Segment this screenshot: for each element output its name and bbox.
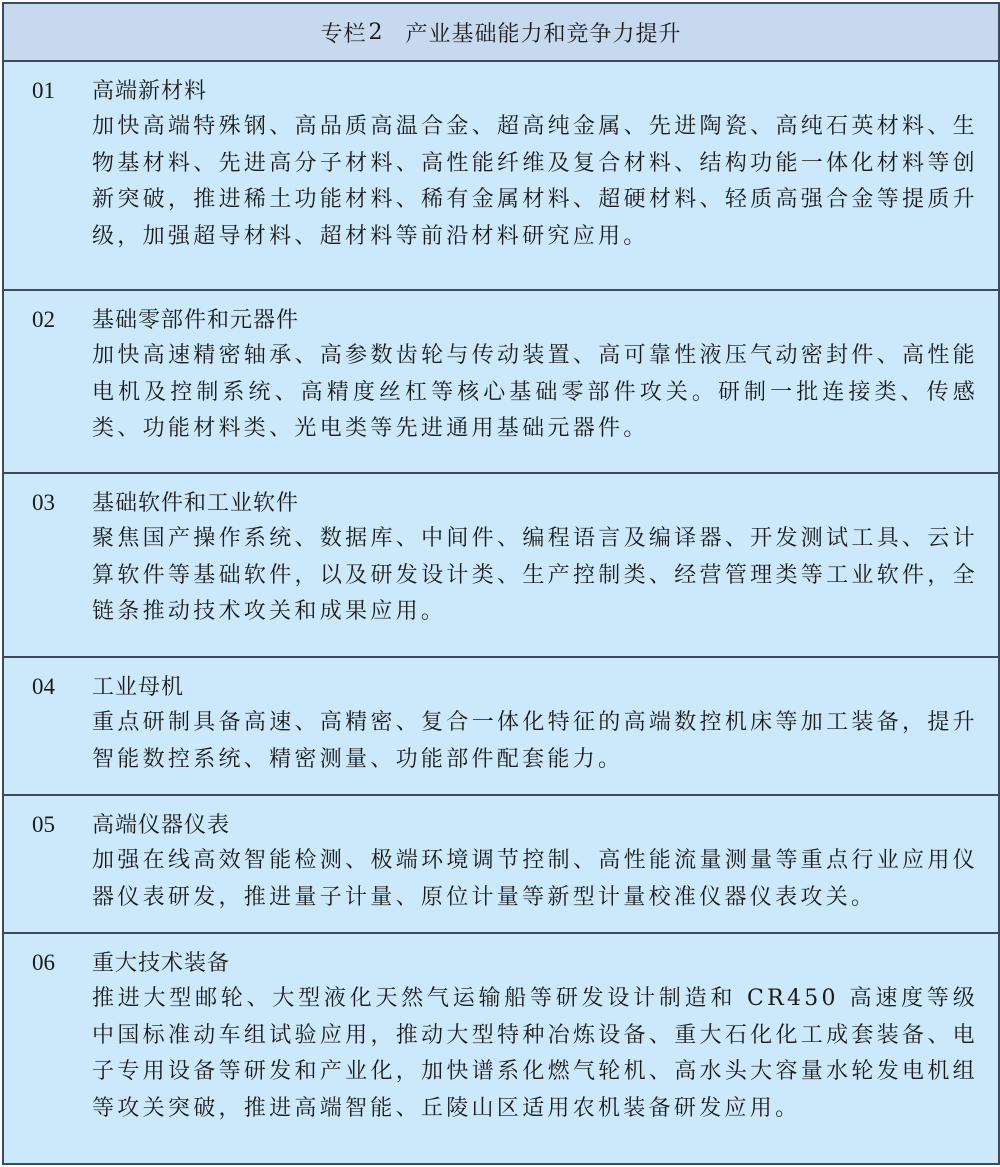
section-row-06: 06 重大技术装备 推进大型邮轮、大型液化天然气运输船等研发设计制造和 CR45… [4, 934, 998, 1163]
section-number: 02 [32, 302, 92, 338]
header-label: 专栏 [320, 17, 366, 48]
feature-box: 专栏 2 产业基础能力和竞争力提升 01 高端新材料 加快高端特殊钢、高品质高温… [2, 2, 1000, 1165]
section-title: 重大技术装备 [92, 946, 230, 982]
section-row-03: 03 基础软件和工业软件 聚焦国产操作系统、数据库、中间件、编程语言及编译器、开… [4, 474, 998, 658]
section-body: 推进大型邮轮、大型液化天然气运输船等研发设计制造和 CR450 高速度等级中国标… [92, 981, 978, 1127]
section-row-04: 04 工业母机 重点研制具备高速、高精密、复合一体化特征的高端数控机床等加工装备… [4, 658, 998, 796]
section-title: 工业母机 [92, 670, 184, 706]
section-body: 加快高端特殊钢、高品质高温合金、超高纯金属、先进陶瓷、高纯石英材料、生物基材料、… [92, 109, 978, 255]
section-body: 加快高速精密轴承、高参数齿轮与传动装置、高可靠性液压气动密封件、高性能电机及控制… [92, 338, 978, 448]
box-header: 专栏 2 产业基础能力和竞争力提升 [4, 4, 998, 62]
section-title: 高端新材料 [92, 74, 207, 110]
section-row-02: 02 基础零部件和元器件 加快高速精密轴承、高参数齿轮与传动装置、高可靠性液压气… [4, 291, 998, 474]
section-body: 加强在线高效智能检测、极端环境调节控制、高性能流量测量等重点行业应用仪器仪表研发… [92, 843, 978, 916]
section-number: 04 [32, 669, 92, 705]
section-number: 05 [32, 807, 92, 843]
section-number: 03 [32, 485, 92, 521]
section-row-01: 01 高端新材料 加快高端特殊钢、高品质高温合金、超高纯金属、先进陶瓷、高纯石英… [4, 62, 998, 291]
section-row-05: 05 高端仪器仪表 加强在线高效智能检测、极端环境调节控制、高性能流量测量等重点… [4, 796, 998, 934]
header-number: 2 [369, 20, 384, 45]
section-body: 聚焦国产操作系统、数据库、中间件、编程语言及编译器、开发测试工具、云计算软件等基… [92, 521, 978, 631]
section-number: 06 [32, 945, 92, 981]
section-title: 高端仪器仪表 [92, 808, 230, 844]
header-title: 产业基础能力和竞争力提升 [406, 17, 682, 48]
section-title: 基础软件和工业软件 [92, 486, 299, 522]
section-title: 基础零部件和元器件 [92, 303, 299, 339]
section-body: 重点研制具备高速、高精密、复合一体化特征的高端数控机床等加工装备，提升智能数控系… [92, 705, 978, 778]
section-number: 01 [32, 73, 92, 109]
